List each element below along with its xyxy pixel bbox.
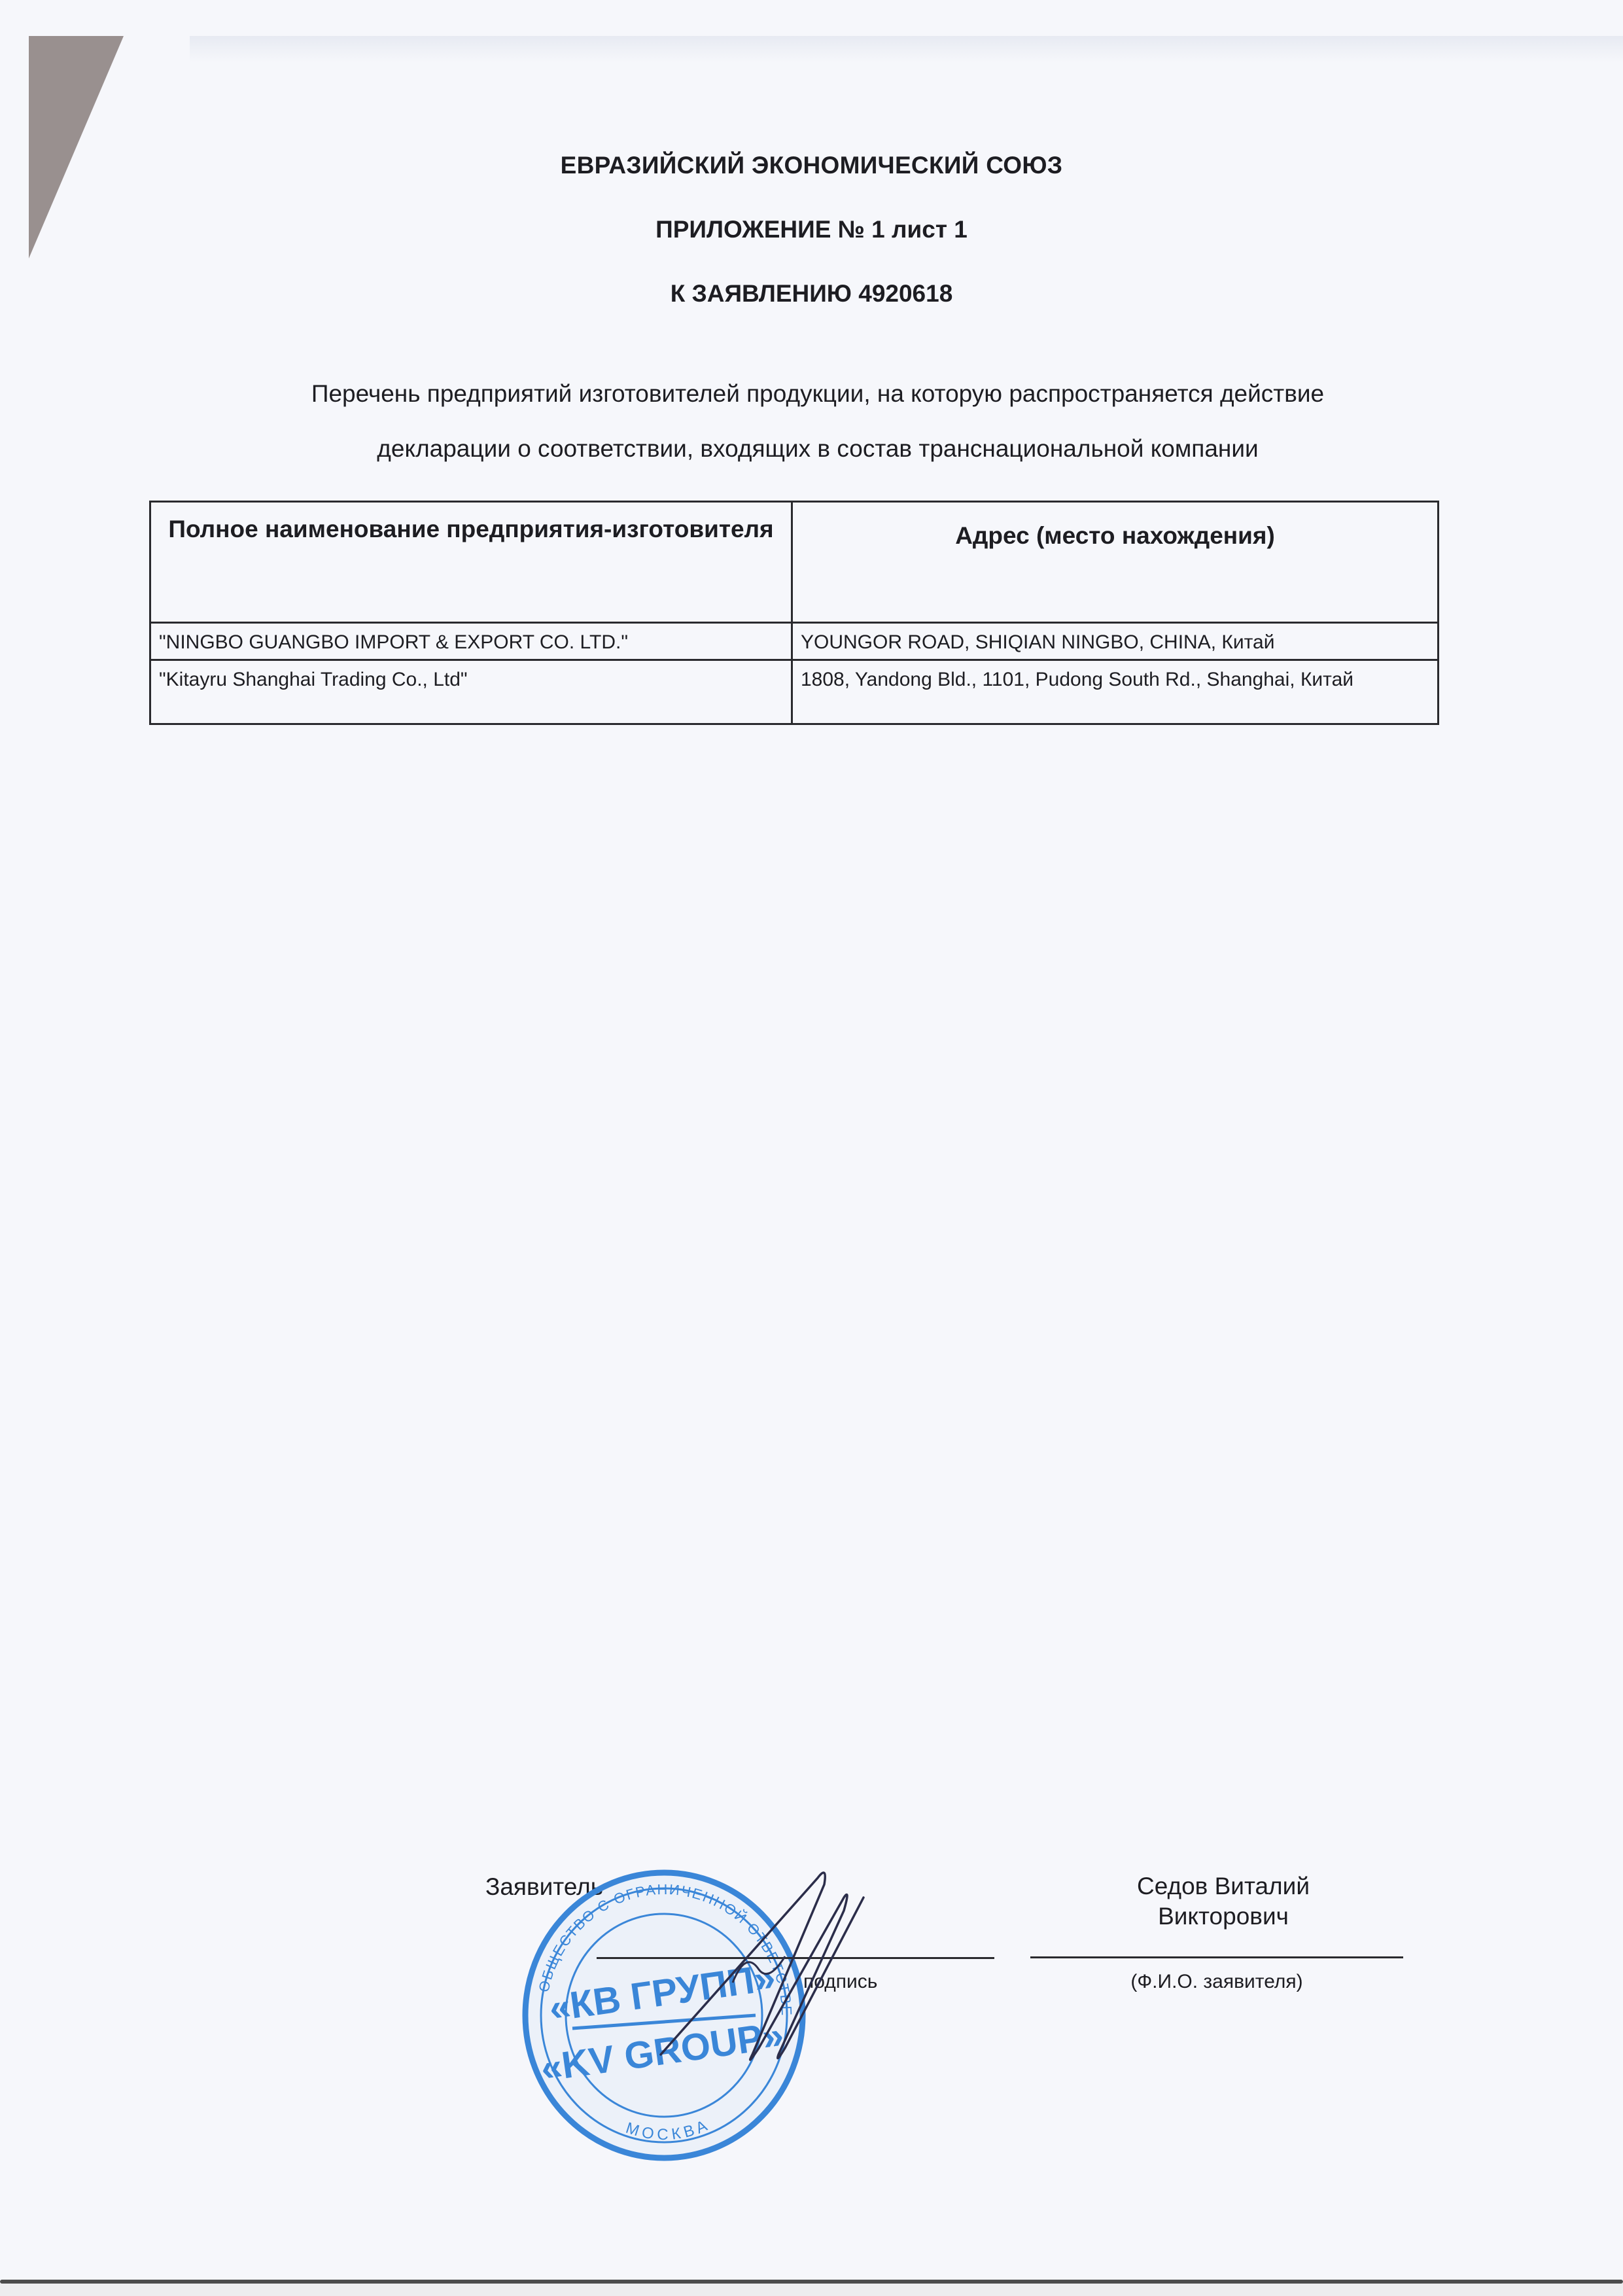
header-manufacturer-name: Полное наименование предприятия-изготови…: [150, 502, 792, 623]
table-row: "Kitayru Shanghai Trading Co., Ltd" 1808…: [150, 660, 1439, 724]
handwritten-signature-icon: [654, 1858, 981, 2074]
name-caption: (Ф.И.О. заявителя): [1030, 1971, 1403, 1993]
applicant-name: Седов Виталий Викторович: [1060, 1871, 1387, 1932]
table-row: "NINGBO GUANGBO IMPORT & EXPORT CO. LTD.…: [150, 623, 1439, 660]
scan-shadow: [190, 36, 1623, 62]
manufacturers-table: Полное наименование предприятия-изготови…: [149, 501, 1439, 725]
manufacturer-name-cell: "NINGBO GUANGBO IMPORT & EXPORT CO. LTD.…: [150, 623, 792, 660]
appendix-title: ПРИЛОЖЕНИЕ № 1 лист 1: [0, 216, 1623, 243]
intro-line-2: декларации о соответствии, входящих в со…: [164, 421, 1472, 476]
name-line: [1030, 1956, 1403, 1958]
union-title: ЕВРАЗИЙСКИЙ ЭКОНОМИЧЕСКИЙ СОЮЗ: [0, 152, 1623, 179]
application-reference: К ЗАЯВЛЕНИЮ 4920618: [0, 280, 1623, 308]
address-cell: YOUNGOR ROAD, SHIQIAN NINGBO, CHINA, Кит…: [792, 623, 1439, 660]
intro-line-1: Перечень предприятий изготовителей проду…: [164, 366, 1472, 421]
applicant-name-line-1: Седов Виталий: [1060, 1871, 1387, 1901]
table-header-row: Полное наименование предприятия-изготови…: [150, 502, 1439, 623]
intro-paragraph: Перечень предприятий изготовителей проду…: [164, 366, 1472, 476]
address-cell: 1808, Yandong Bld., 1101, Pudong South R…: [792, 660, 1439, 724]
applicant-name-line-2: Викторович: [1060, 1901, 1387, 1932]
scan-background: [0, 2284, 1623, 2296]
manufacturer-name-cell: "Kitayru Shanghai Trading Co., Ltd": [150, 660, 792, 724]
header-address: Адрес (место нахождения): [792, 502, 1439, 623]
